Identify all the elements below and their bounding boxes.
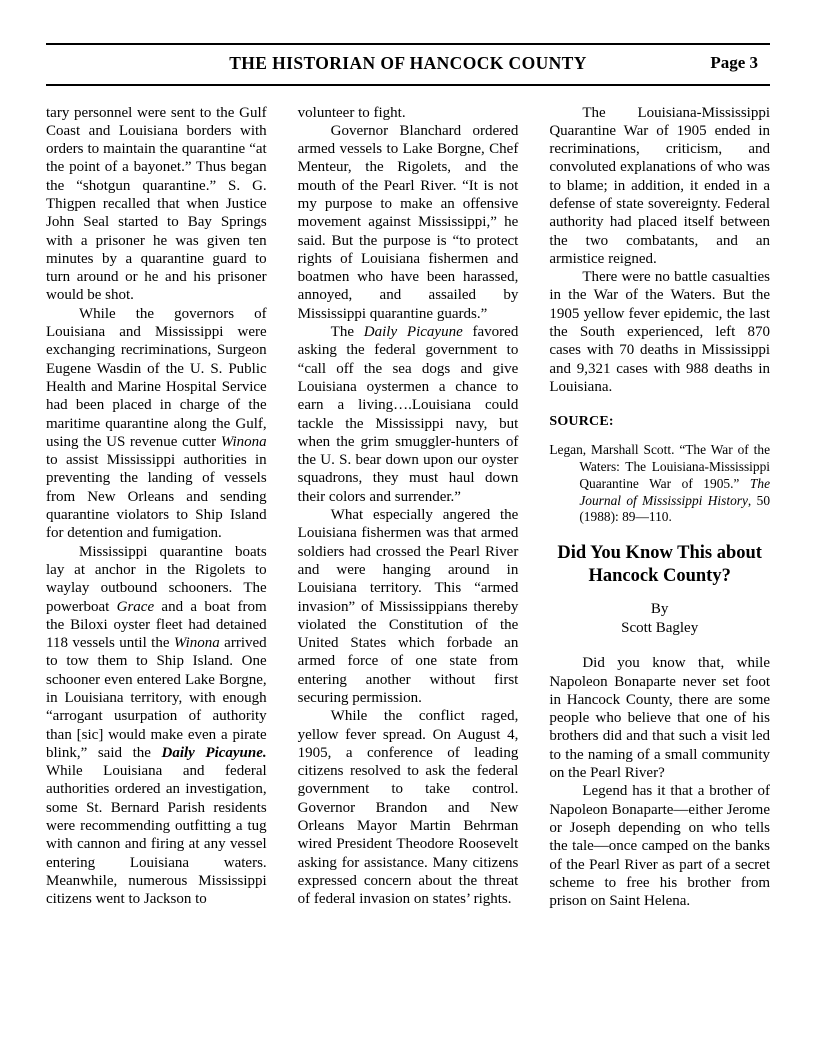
emphasized-text: Daily Picayune. (162, 745, 267, 761)
column-1: tary personnel were sent to the Gulf Coa… (46, 104, 267, 911)
page-title: THE HISTORIAN OF HANCOCK COUNTY (46, 55, 770, 73)
paragraph: Governor Blanchard ordered armed vessels… (298, 122, 519, 323)
paragraph: Mississippi quarantine boats lay at anch… (46, 543, 267, 909)
column-3: The Louisiana-Mississippi Quarantine War… (549, 104, 770, 911)
emphasized-text: Winona (221, 434, 267, 450)
paragraph: tary personnel were sent to the Gulf Coa… (46, 104, 267, 305)
emphasized-text: The Journal of Mississippi History (579, 476, 770, 508)
article-body: tary personnel were sent to the Gulf Coa… (46, 104, 770, 911)
paragraph: volunteer to fight. (298, 104, 519, 122)
emphasized-text: Winona (174, 635, 220, 651)
newsletter-page: THE HISTORIAN OF HANCOCK COUNTY Page 3 t… (0, 0, 816, 1056)
paragraph: Legend has it that a brother of Napoleon… (549, 782, 770, 910)
citation: Legan, Marshall Scott. “The War of the W… (549, 442, 770, 526)
emphasized-text: Grace (117, 599, 155, 615)
byline: ByScott Bagley (549, 600, 770, 638)
emphasized-text: Daily Picayune (364, 324, 463, 340)
column-2: volunteer to fight.Governor Blanchard or… (298, 104, 519, 911)
paragraph: While the conflict raged, yellow fever s… (298, 707, 519, 908)
paragraph: There were no battle casualties in the W… (549, 268, 770, 396)
article-heading: Did You Know This about Hancock County? (549, 542, 770, 588)
paragraph: The Louisiana-Mississippi Quarantine War… (549, 104, 770, 269)
page-header: THE HISTORIAN OF HANCOCK COUNTY Page 3 (46, 43, 770, 86)
paragraph: While the governors of Louisiana and Mis… (46, 305, 267, 543)
page-number: Page 3 (710, 54, 758, 71)
paragraph: Did you know that, while Napoleon Bonapa… (549, 654, 770, 782)
paragraph: What especially angered the Louisiana fi… (298, 506, 519, 707)
paragraph: The Daily Picayune favored asking the fe… (298, 323, 519, 506)
source-heading: SOURCE: (549, 414, 770, 430)
